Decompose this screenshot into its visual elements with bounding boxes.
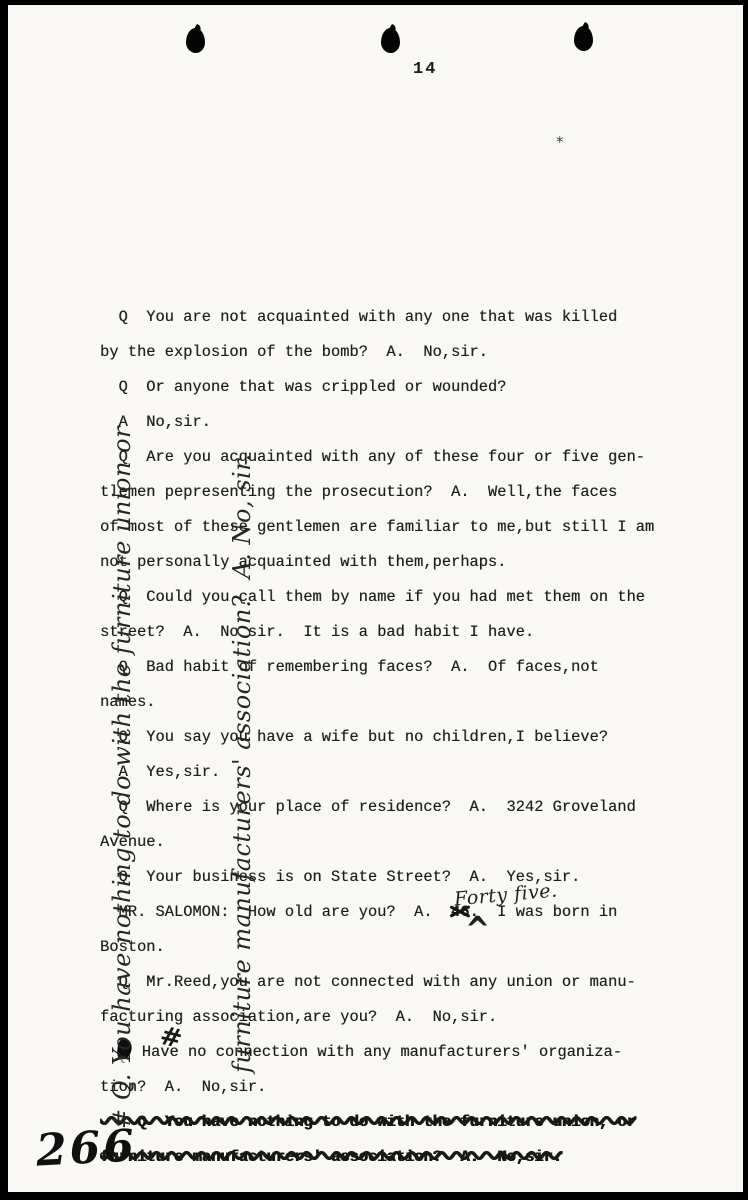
handwritten-page-stamp: 266	[35, 1120, 138, 1176]
scanned-page: 14 * Q You are not acquainted with any o…	[8, 5, 743, 1192]
page-number: 14	[413, 60, 437, 79]
ink-speck: *	[556, 133, 564, 151]
margin-note-line-1: # Q. You have nothing to do with the fur…	[102, 409, 142, 1129]
transcript-line: furniture manufacturers' association? A.…	[100, 1140, 700, 1175]
hole-punch-dot	[574, 26, 593, 51]
transcript-line: Q Or anyone that was crippled or wounded…	[100, 370, 700, 405]
scanned-document-screenshot: { "page": { "number": "14" }, "colors": …	[0, 0, 748, 1200]
transcript-line: Q You are not acquainted with any one th…	[100, 300, 700, 335]
hole-punch-dot	[186, 28, 205, 53]
transcript-line: by the explosion of the bomb? A. No,sir.	[100, 335, 700, 370]
insertion-caret-mark: ^	[465, 910, 490, 952]
margin-note-line-2: furniture manufacturers' association? A.…	[222, 409, 262, 1129]
handwritten-margin-note: # Q. You have nothing to do with the fur…	[22, 409, 108, 1129]
hole-punch-dot	[381, 28, 400, 53]
